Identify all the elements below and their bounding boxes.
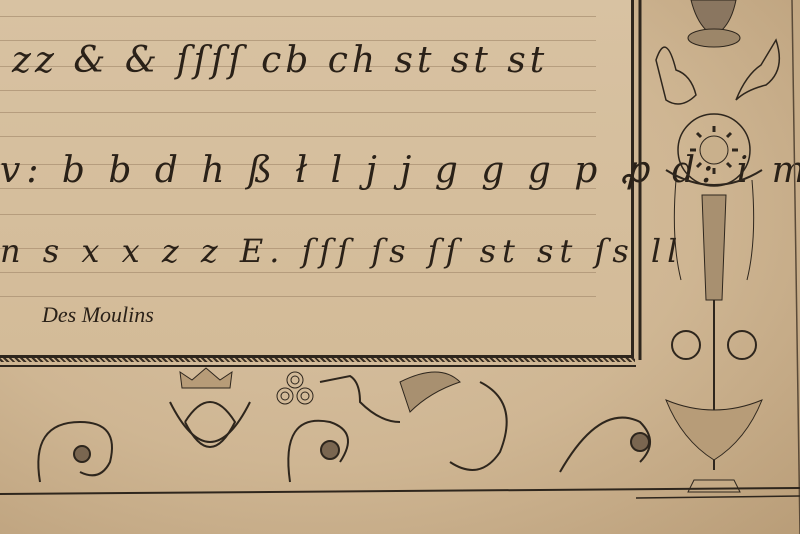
engraver-signature: Des Moulins xyxy=(42,302,154,328)
bottom-ornamental-border xyxy=(0,362,800,502)
script-line-1: zz & & ſſſſ cb ch st st st xyxy=(12,40,548,81)
script-line-3: n s x x z z E. ſſſ ſs ſſ st st ſs ll xyxy=(0,232,683,270)
